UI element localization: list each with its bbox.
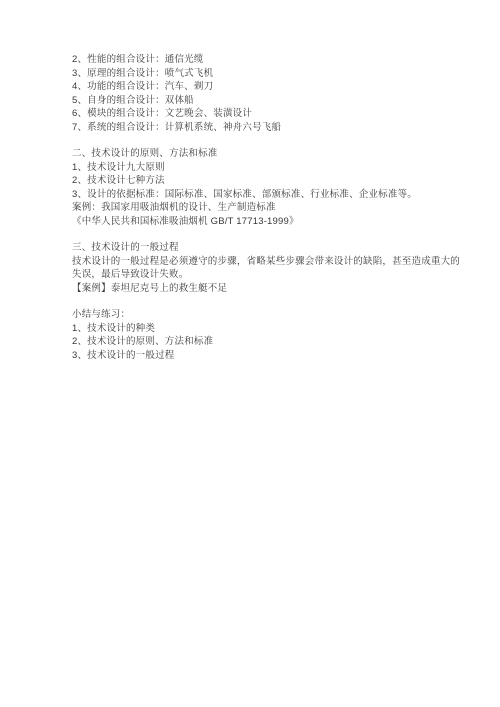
text-line: 3、原理的组合设计：喷气式飞机 (72, 67, 460, 81)
text-line: 3、设计的依据标准：国际标准、国家标准、部颁标准、行业标准、企业标准等。 (72, 188, 460, 202)
document-body: 2、性能的组合设计：通信光缆3、原理的组合设计：喷气式飞机4、功能的组合设计：汽… (72, 53, 460, 375)
text-line: 7、系统的组合设计：计算机系统、神舟六号飞船 (72, 121, 460, 135)
section-general-process: 三、技术设计的一般过程技术设计的一般过程是必须遵守的步骤，省略某些步骤会带来设计… (72, 241, 460, 295)
text-line: 3、技术设计的一般过程 (72, 349, 460, 363)
document-page: 2、性能的组合设计：通信光缆3、原理的组合设计：喷气式飞机4、功能的组合设计：汽… (0, 0, 500, 707)
text-line: 4、功能的组合设计：汽车、剃刀 (72, 80, 460, 94)
text-line: 失误，最后导致设计失败。 (72, 268, 460, 282)
text-line: 6、模块的组合设计：文艺晚会、装潢设计 (72, 107, 460, 121)
text-line: 技术设计的一般过程是必须遵守的步骤，省略某些步骤会带来设计的缺陷，甚至造成重大的 (72, 255, 460, 269)
text-line: 1、技术设计的种类 (72, 322, 460, 336)
text-line: 2、技术设计七种方法 (72, 174, 460, 188)
text-line: 5、自身的组合设计：双体船 (72, 94, 460, 108)
text-line: 【案例】泰坦尼克号上的救生艇不足 (72, 282, 460, 296)
section-combination-design-types: 2、性能的组合设计：通信光缆3、原理的组合设计：喷气式飞机4、功能的组合设计：汽… (72, 53, 460, 134)
text-line: 案例：我国家用吸油烟机的设计、生产制造标准 (72, 201, 460, 215)
text-line: 1、技术设计九大原则 (72, 161, 460, 175)
text-line: 2、技术设计的原则、方法和标准 (72, 335, 460, 349)
text-line: 二、技术设计的原则、方法和标准 (72, 147, 460, 161)
section-summary-and-exercises: 小结与练习：1、技术设计的种类2、技术设计的原则、方法和标准3、技术设计的一般过… (72, 308, 460, 362)
text-line: 2、性能的组合设计：通信光缆 (72, 53, 460, 67)
section-principles-methods-standards: 二、技术设计的原则、方法和标准1、技术设计九大原则2、技术设计七种方法3、设计的… (72, 147, 460, 228)
text-line: 三、技术设计的一般过程 (72, 241, 460, 255)
text-line: 《中华人民共和国标准吸油烟机 GB/T 17713-1999》 (72, 215, 460, 229)
text-line: 小结与练习： (72, 308, 460, 322)
